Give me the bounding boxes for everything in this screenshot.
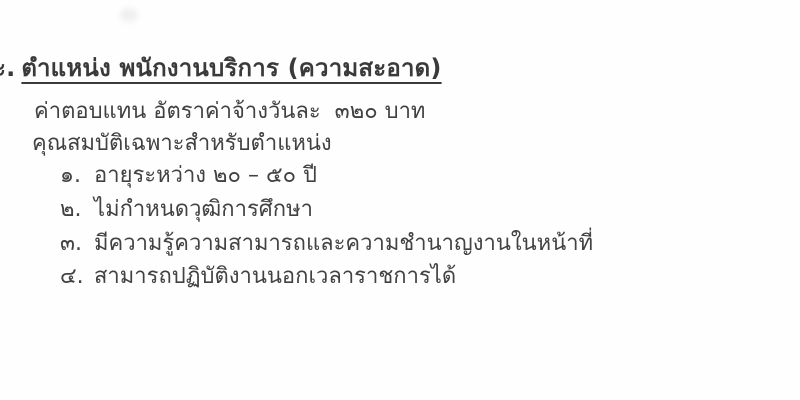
qualification-number: ๔.: [60, 258, 94, 293]
qualification-text: ไม่กำหนดวุฒิการศึกษา: [94, 191, 313, 226]
qualification-item: ๑. อายุระหว่าง ๒๐ – ๕๐ ปี: [60, 157, 317, 192]
qualification-number: ๒.: [60, 191, 94, 226]
qualification-number: ๑.: [60, 157, 94, 192]
compensation-line: ค่าตอบแทน อัตราค่าจ้างวันละ ๓๒๐ บาท: [34, 93, 425, 128]
qualification-text: มีความรู้ความสามารถและความชำนาญงานในหน้า…: [94, 225, 593, 260]
qualification-item: ๒. ไม่กำหนดวุฒิการศึกษา: [60, 191, 313, 226]
heading-item-number-prefix: ะ.: [0, 54, 15, 82]
qualification-item: ๔. สามารถปฏิบัติงานนอกเวลาราชการได้: [60, 258, 456, 293]
qualification-text: สามารถปฏิบัติงานนอกเวลาราชการได้: [94, 258, 456, 293]
qualification-number: ๓.: [60, 225, 94, 260]
qualification-item: ๓. มีความรู้ความสามารถและความชำนาญงานในห…: [60, 225, 593, 260]
scanned-document-page: ะ.ตำแหน่ง พนักงานบริการ (ความสะอาด) ค่าต…: [0, 0, 800, 400]
scan-artifact-smudge: [120, 8, 138, 22]
qualification-text: อายุระหว่าง ๒๐ – ๕๐ ปี: [94, 157, 317, 192]
position-heading: ะ.ตำแหน่ง พนักงานบริการ (ความสะอาด): [0, 48, 442, 87]
qualifications-section-label: คุณสมบัติเฉพาะสำหรับตำแหน่ง: [32, 125, 332, 160]
position-title: ตำแหน่ง พนักงานบริการ (ความสะอาด): [21, 54, 441, 82]
